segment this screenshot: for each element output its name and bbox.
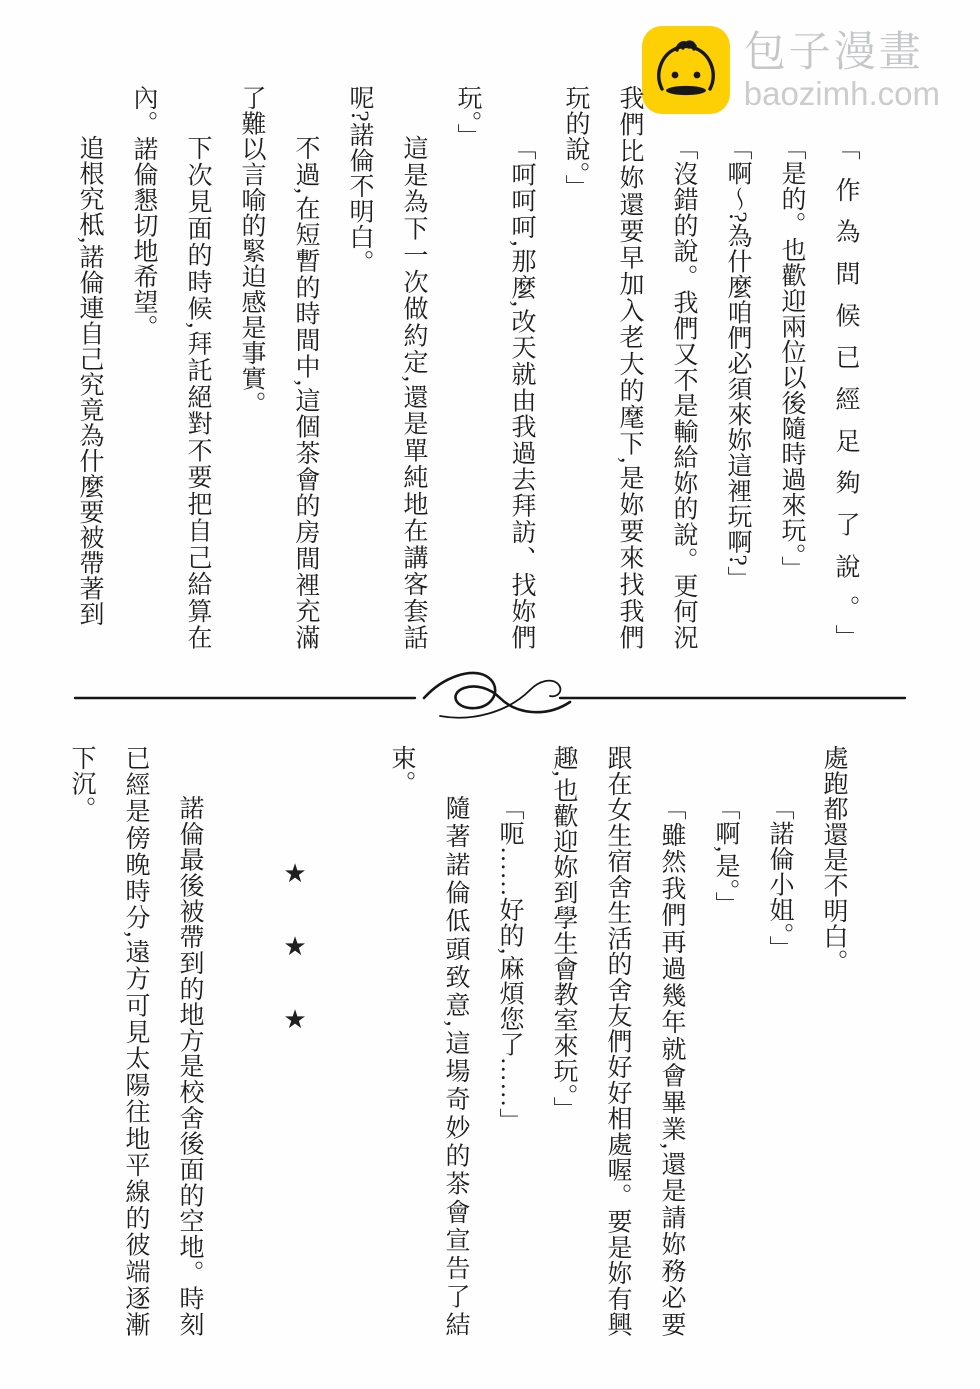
paragraph: 隨著諾倫低頭致意,這場奇妙的茶會宣告了結束。	[374, 745, 482, 1337]
paragraph: 「作為問候已經足夠了說。」	[818, 85, 872, 650]
paragraph: 「啊,是。」	[698, 745, 752, 1337]
upper-text-block: 「作為問候已經足夠了說。」 「是的。也歡迎兩位以後隨時過來玩。」 「啊〜?為什麼…	[52, 85, 872, 650]
paragraph: 「是的。也歡迎兩位以後隨時過來玩。」	[764, 85, 818, 650]
paragraph: 諾倫最後被帶到的地方是校舍後面的空地。時刻已經是傍晚時分,遠方可見太陽往地平線的…	[54, 745, 216, 1337]
paragraph: 「諾倫小姐。」	[752, 745, 806, 1337]
paragraph: 處跑都還是不明白。	[806, 745, 860, 1337]
paragraph: 「雖然我們再過幾年就會畢業,還是請妳務必要跟在女生宿舍生活的舍友們好好相處喔。要…	[536, 745, 698, 1337]
paragraph: 「呵呵呵,那麼,改天就由我過去拜訪、找妳們玩。」	[440, 85, 548, 650]
paragraph: 這是為下一次做約定,還是單純地在講客套話呢?諾倫不明白。	[332, 85, 440, 650]
paragraph: 「啊〜?為什麼咱們必須來妳這裡玩啊?」	[710, 85, 764, 650]
scene-break-stars: ★ ★ ★	[268, 745, 322, 1337]
paragraph: 「沒錯的說。我們又不是輸給妳的說。更何況我們比妳還要早加入老大的麾下,是妳要來找…	[548, 85, 710, 650]
logo-brand-name: 包子漫畫	[744, 31, 940, 73]
novel-page: 包子漫畫 baozimh.com 「作為問候已經足夠了說。」 「是的。也歡迎兩位…	[0, 0, 980, 1389]
lower-text-block: 處跑都還是不明白。 「諾倫小姐。」 「啊,是。」 「雖然我們再過幾年就會畢業,還…	[45, 745, 860, 1337]
paragraph: 「呃……好的,麻煩您了……」	[482, 745, 536, 1337]
section-divider-flourish	[72, 668, 908, 724]
paragraph: 下次見面的時候,拜託絕對不要把自己給算在內。諾倫懇切地希望。	[116, 85, 224, 650]
paragraph: 不過,在短暫的時間中,這個茶會的房間裡充滿了難以言喻的緊迫感是事實。	[224, 85, 332, 650]
paragraph: 追根究柢,諾倫連自己究竟為什麼要被帶著到	[62, 85, 116, 650]
